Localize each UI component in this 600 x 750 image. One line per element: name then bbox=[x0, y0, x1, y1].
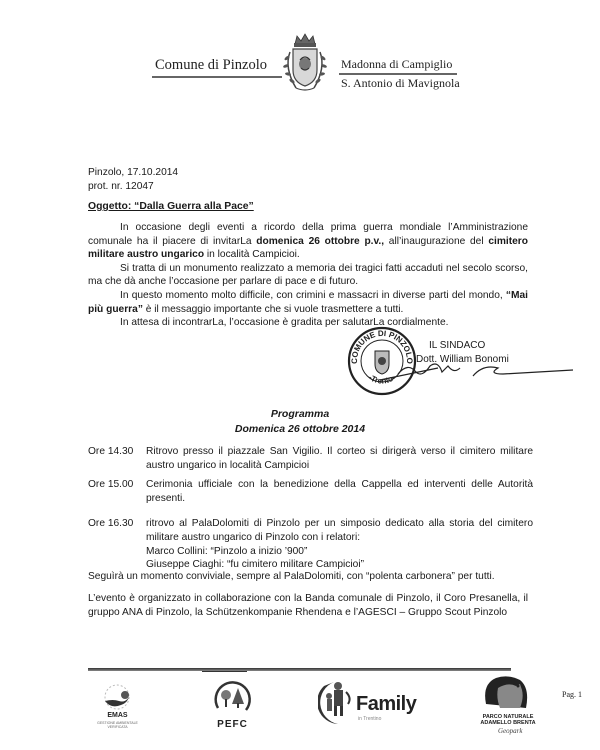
letter-body: In occasione degli eventi a ricordo dell… bbox=[88, 221, 528, 330]
programme-list: Ore 14.30 Ritrovo presso il piazzale San… bbox=[88, 445, 533, 578]
parco-adamello-brenta-logo-icon bbox=[468, 674, 548, 714]
municipal-crest-icon bbox=[280, 30, 330, 96]
protocol-number: prot. nr. 12047 bbox=[88, 180, 178, 194]
programme-heading: Programma Domenica 26 ottobre 2014 bbox=[0, 407, 600, 437]
municipality-name: Comune di Pinzolo bbox=[155, 57, 267, 74]
paragraph-3: In questo momento molto difficile, con c… bbox=[88, 289, 528, 316]
parco-label: PARCO NATURALE ADAMELLO BRENTA bbox=[468, 714, 548, 726]
programme-item: Ore 15.00 Cerimonia ufficiale con la ben… bbox=[88, 478, 533, 505]
programme-time: Ore 16.30 bbox=[88, 517, 146, 571]
programme-line: ritrovo al PalaDolomiti di Pinzolo per u… bbox=[146, 517, 533, 544]
p3-text-a: In questo momento molto difficile, con c… bbox=[120, 290, 506, 301]
header-underline-right bbox=[339, 73, 457, 75]
place-date: Pinzolo, 17.10.2014 bbox=[88, 166, 178, 180]
signature-scribble-icon bbox=[378, 358, 578, 384]
programme-title: Programma bbox=[0, 407, 600, 422]
page-number: Pag. 1 bbox=[562, 690, 582, 699]
p3-text-c: è il messaggio importante che si vuole t… bbox=[143, 304, 403, 315]
programme-date: Domenica 26 ottobre 2014 bbox=[0, 422, 600, 437]
organizers-note: L’evento è organizzato in collaborazione… bbox=[88, 592, 528, 619]
emas-logo-icon bbox=[95, 683, 140, 713]
programme-description: Ritrovo presso il piazzale San Vigilio. … bbox=[146, 445, 533, 472]
header-underline-left bbox=[152, 76, 282, 78]
letter-subject: Oggetto: “Dalla Guerra alla Pace” bbox=[88, 201, 254, 212]
locality-mavignola: S. Antonio di Mavignola bbox=[341, 76, 460, 91]
programme-item: Ore 16.30 ritrovo al PalaDolomiti di Pin… bbox=[88, 517, 533, 571]
family-label: Family bbox=[356, 693, 416, 716]
emas-label: EMAS bbox=[95, 712, 140, 719]
convivial-note: Seguìrà un momento conviviale, sempre al… bbox=[88, 570, 528, 584]
paragraph-4: In attesa di incontrarLa, l’occasione è … bbox=[88, 316, 528, 330]
locality-campiglio: Madonna di Campiglio bbox=[341, 57, 452, 72]
p1-text-e: in località Campicioi. bbox=[204, 249, 300, 260]
programme-item: Ore 14.30 Ritrovo presso il piazzale San… bbox=[88, 445, 533, 472]
family-sublabel: in Trentino bbox=[358, 716, 381, 722]
speaker-1: Marco Collini: “Pinzolo a inizio ’900” bbox=[146, 545, 533, 559]
pefc-logo-icon bbox=[210, 678, 255, 718]
pefc-logo: PEFC bbox=[210, 678, 255, 738]
programme-time: Ore 14.30 bbox=[88, 445, 146, 472]
programme-description: Cerimonia ufficiale con la benedizione d… bbox=[146, 478, 533, 505]
p1-date-bold: domenica 26 ottobre p.v., bbox=[256, 236, 384, 247]
footer-divider bbox=[88, 668, 511, 671]
pefc-label: PEFC bbox=[210, 719, 255, 730]
programme-description: ritrovo al PalaDolomiti di Pinzolo per u… bbox=[146, 517, 533, 571]
parco-sublabel: Geopark bbox=[498, 727, 523, 735]
footer-divider-accent bbox=[202, 671, 247, 672]
family-logo-icon bbox=[318, 676, 358, 726]
family-logo: Family in Trentino bbox=[318, 676, 418, 736]
letter-meta: Pinzolo, 17.10.2014 prot. nr. 12047 bbox=[88, 166, 178, 193]
programme-time: Ore 15.00 bbox=[88, 478, 146, 505]
parco-logo: PARCO NATURALE ADAMELLO BRENTA Geopark bbox=[468, 674, 548, 739]
paragraph-2: Si tratta di un monumento realizzato a m… bbox=[88, 262, 528, 289]
emas-logo: EMAS GESTIONE AMBIENTALE VERIFICATA bbox=[95, 683, 140, 738]
emas-sublabel: GESTIONE AMBIENTALE VERIFICATA bbox=[95, 721, 140, 729]
p1-text-c: all’inaugurazione del bbox=[384, 236, 488, 247]
signatory-title: IL SINDACO bbox=[429, 340, 485, 351]
paragraph-1: In occasione degli eventi a ricordo dell… bbox=[88, 221, 528, 262]
